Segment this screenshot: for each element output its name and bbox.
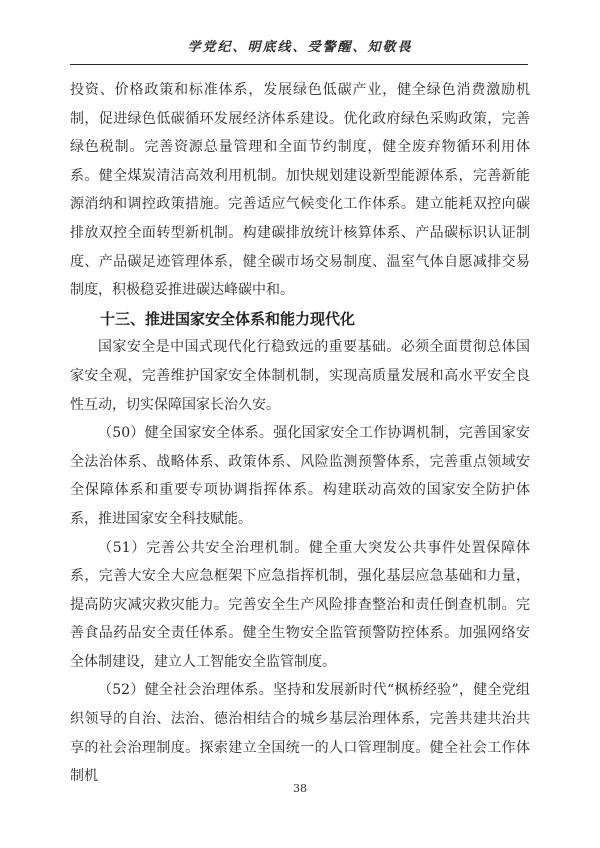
header-rule-divider — [70, 64, 528, 65]
document-body: 投资、价格政策和标准体系，发展绿色低碳产业，健全绿色消费激励机制，促进绿色低碳循… — [70, 76, 530, 791]
paragraph-continuation: 投资、价格政策和标准体系，发展绿色低碳产业，健全绿色消费激励机制，促进绿色低碳循… — [70, 76, 530, 305]
paragraph: （52）健全社会治理体系。坚持和发展新时代“枫桥经验”，健全党组织领导的自治、法… — [70, 676, 530, 790]
paragraph: 国家安全是中国式现代化行稳致远的重要基础。必须全面贯彻总体国家安全观，完善维护国… — [70, 333, 530, 419]
paragraph: （50）健全国家安全体系。强化国家安全工作协调机制，完善国家安全法治体系、战略体… — [70, 419, 530, 533]
document-page: 学党纪、明底线、受警醒、知敬畏 投资、价格政策和标准体系，发展绿色低碳产业，健全… — [0, 0, 600, 848]
page-number: 38 — [293, 782, 307, 795]
section-heading: 十三、推进国家安全体系和能力现代化 — [70, 305, 530, 334]
paragraph: （51）完善公共安全治理机制。健全重大突发公共事件处置保障体系，完善大安全大应急… — [70, 534, 530, 677]
header-motto: 学党纪、明底线、受警醒、知敬畏 — [0, 36, 600, 55]
page-footer: 38 — [0, 782, 600, 795]
